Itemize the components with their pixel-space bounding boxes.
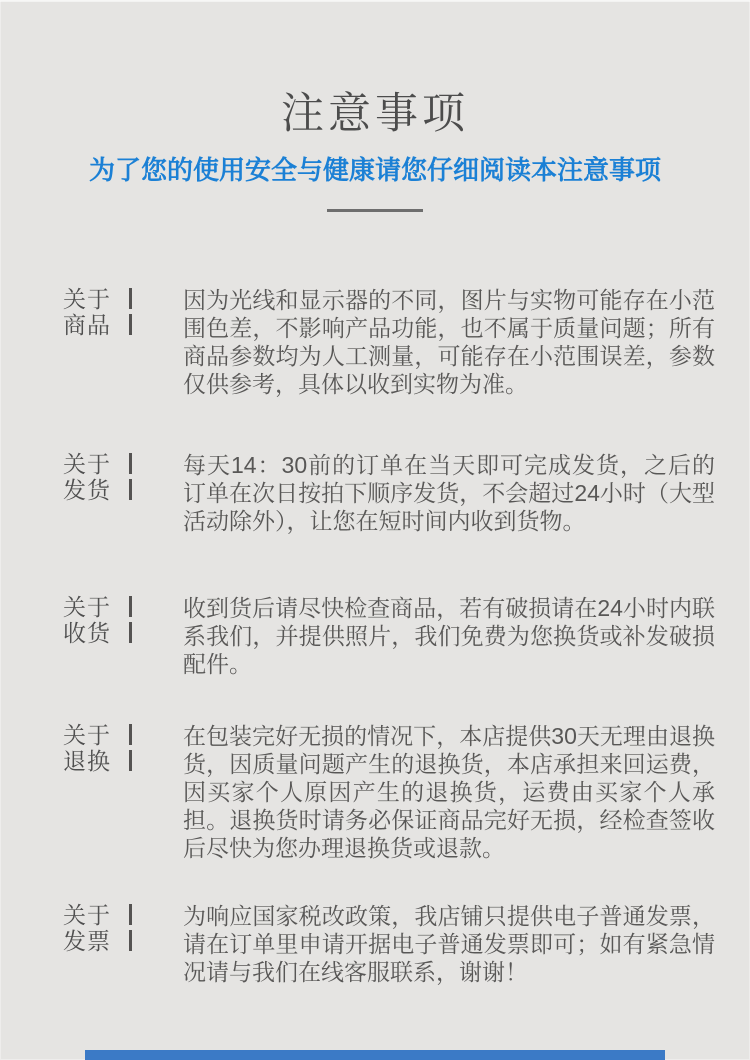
section-label: 关于 收货 [63, 594, 129, 646]
section-label: 关于 商品 [63, 286, 129, 338]
section-label-line2: 发货 [63, 477, 129, 503]
notice-panel: 注意事项 为了您的使用安全与健康请您仔细阅读本注意事项 关于 商品 因为光线和显… [0, 0, 750, 1060]
section-label-line2: 收货 [63, 620, 129, 646]
notice-sections: 关于 商品 因为光线和显示器的不同，图片与实物可能存在小范围色差，不影响产品功能… [0, 286, 750, 986]
notice-section-receiving: 关于 收货 收到货后请尽快检查商品，若有破损请在24小时内联系我们，并提供照片，… [0, 594, 750, 678]
notice-section-product: 关于 商品 因为光线和显示器的不同，图片与实物可能存在小范围色差，不影响产品功能… [0, 286, 750, 398]
label-vertical-divider [129, 453, 132, 500]
title-underline-divider [327, 209, 423, 212]
section-label: 关于 发货 [63, 451, 129, 503]
notice-section-returns: 关于 退换 在包装完好无损的情况下，本店提供30天无理由退换货，因质量问题产生的… [0, 722, 750, 862]
section-label-line1: 关于 [63, 451, 129, 477]
section-label: 关于 退换 [63, 722, 129, 774]
label-vertical-divider [129, 288, 132, 335]
section-label: 关于 发票 [63, 902, 129, 954]
section-label-line1: 关于 [63, 722, 129, 748]
notice-section-invoice: 关于 发票 为响应国家税改政策，我店铺只提供电子普通发票，请在订单里申请开据电子… [0, 902, 750, 986]
label-vertical-divider [129, 596, 132, 643]
section-text: 收到货后请尽快检查商品，若有破损请在24小时内联系我们，并提供照片，我们免费为您… [183, 594, 715, 678]
section-label-line2: 发票 [63, 928, 129, 954]
notice-section-shipping: 关于 发货 每天14：30前的订单在当天即可完成发货，之后的订单在次日按拍下顺序… [0, 451, 750, 535]
section-label-line1: 关于 [63, 902, 129, 928]
label-vertical-divider [129, 724, 132, 771]
next-section-banner-cutoff [85, 1050, 665, 1060]
section-text: 为响应国家税改政策，我店铺只提供电子普通发票，请在订单里申请开据电子普通发票即可… [183, 902, 715, 986]
page-title: 注意事项 [0, 0, 750, 137]
section-text: 每天14：30前的订单在当天即可完成发货，之后的订单在次日按拍下顺序发货，不会超… [183, 451, 715, 535]
label-vertical-divider [129, 904, 132, 951]
section-label-line2: 退换 [63, 748, 129, 774]
section-text: 在包装完好无损的情况下，本店提供30天无理由退换货，因质量问题产生的退换货，本店… [183, 722, 715, 862]
section-text: 因为光线和显示器的不同，图片与实物可能存在小范围色差，不影响产品功能，也不属于质… [183, 286, 715, 398]
section-label-line2: 商品 [63, 312, 129, 338]
section-label-line1: 关于 [63, 594, 129, 620]
section-label-line1: 关于 [63, 286, 129, 312]
page-subtitle: 为了您的使用安全与健康请您仔细阅读本注意事项 [0, 157, 750, 184]
